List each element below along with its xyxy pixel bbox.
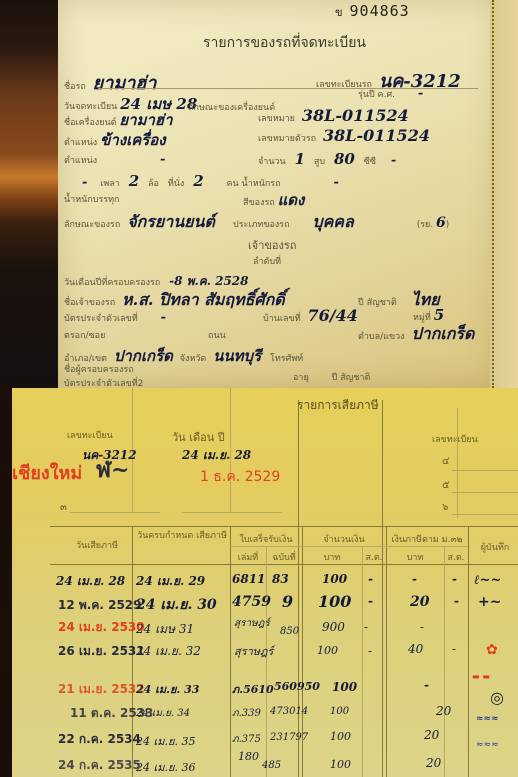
sequence-label: ลำดับที่ — [253, 254, 281, 268]
row-1-baht: 100 — [322, 572, 347, 586]
vehicle-type-value: จักรยานยนต์ — [127, 212, 215, 231]
label: รุ่นปี ค.ศ. — [358, 90, 395, 100]
chassis-number-value: 38L-011524 — [323, 126, 430, 145]
label: จำนวน — [258, 157, 286, 167]
row-7-s-baht: 20 — [424, 728, 439, 742]
divider — [382, 400, 383, 777]
label: ล้อ — [148, 179, 159, 189]
row-6-s-baht: 20 — [436, 704, 451, 718]
seats-value: 2 — [193, 172, 203, 190]
th-surcharge-baht: บาท — [386, 550, 444, 564]
th-receipt-no: ฉบับที่ — [266, 550, 302, 564]
label: ชื่อผู้ครอบครองรถ — [64, 365, 134, 375]
vehicle-details-title: รายการของรถที่จดทะเบียน — [203, 32, 366, 54]
row-7-book: ภ.375 — [232, 732, 261, 747]
color-value: แดง — [278, 191, 305, 209]
serial-prefix: ข — [335, 6, 344, 19]
officer-stamp-blue: ≈≈≈ — [476, 714, 499, 724]
label: สูบ — [314, 157, 325, 167]
serial-number: 904863 — [350, 2, 410, 20]
tax-records-title: รายการเสียภาษี — [297, 396, 379, 415]
reg-line — [452, 470, 518, 471]
label: เพลา — [100, 179, 120, 189]
row-4-baht: 100 — [317, 644, 338, 657]
label: โทรศัพท์ — [270, 354, 303, 364]
field-position-2: ตำแหน่ง - — [64, 152, 165, 167]
th-amount-baht: บาท — [302, 550, 362, 564]
row-8-no: 485 — [262, 760, 281, 771]
model-year-value: - — [418, 86, 423, 101]
owner-name-value: ห.ส. ปิทลา สัมฤทธิ์ศักดิ์ — [122, 290, 285, 309]
label: ประเภทของรถ — [233, 220, 290, 230]
row-3-book: สุราษฎร์ — [234, 616, 270, 631]
row-1-book: 6811 — [232, 572, 265, 586]
engine-number-value: 38L-011524 — [302, 106, 409, 125]
subdistrict-value: ปากเกร็ด — [411, 324, 474, 343]
row-5-no: 560950 — [274, 680, 320, 693]
label: ซีซี — [364, 157, 376, 167]
officer-stamp-red: ✿ — [486, 642, 498, 658]
th-amount-satang: ส.ต. — [362, 550, 386, 564]
officer-stamp-blue-2: ≈≈≈ — [476, 740, 499, 750]
row-4-s-satang: - — [452, 642, 456, 656]
right-reg-header: เลขทะเบียน — [432, 432, 478, 446]
label: บัตรประจำตัวเลขที่ — [64, 314, 138, 324]
label: เลขหมาย — [258, 114, 295, 124]
label: ชื่อรถ — [64, 82, 86, 92]
label: ถนน — [208, 331, 226, 341]
label: ตำบล/แขวง — [358, 332, 405, 342]
row-7-baht: 100 — [330, 730, 351, 743]
right-index-4: ๔ — [442, 454, 450, 469]
right-index-6: ๖ — [442, 500, 448, 515]
label: บ้านเลขที่ — [263, 314, 301, 324]
label: สีของรถ — [243, 198, 275, 208]
reg-row-1-date: 24 เม.ย. 28 — [182, 446, 251, 465]
row-7-tax-date: 22 ก.ค. 2534 — [58, 730, 141, 749]
label: ชื่อเครื่องยนต์ — [64, 118, 117, 128]
reg-line — [70, 512, 160, 513]
field-house-number: บ้านเลขที่ 76/44 — [263, 306, 358, 325]
cylinders-value: 1 — [295, 150, 305, 168]
position-value: ข้างเครื่อง — [100, 131, 166, 149]
row-4-tax-date: 26 เม.ย. 2531 — [58, 642, 145, 661]
th-due-date: วันครบกำหนด เสียภาษี — [134, 530, 230, 542]
row-4-s-baht: 40 — [408, 642, 423, 656]
field-subdistrict: ตำบล/แขวง ปากเกร็ด — [358, 322, 474, 347]
row-2-s-baht: 20 — [410, 594, 429, 610]
row-3-no: 850 — [280, 626, 299, 637]
label: อายุ — [293, 373, 309, 383]
row-1-due-date: 24 เม.ย. 29 — [136, 572, 205, 591]
field-vehicle-category: ประเภทของรถ บุคคล (รย. 6) — [233, 210, 449, 235]
row-2-book: 4759 — [232, 594, 271, 610]
row-3-baht: 900 — [322, 620, 345, 634]
th-surcharge: เงินภาษีตาม ม.๓๒ — [386, 532, 468, 546]
row-1-tax-date: 24 เม.ย. 28 — [56, 572, 125, 591]
adjacent-page-edge — [490, 0, 518, 388]
row-6-due-date: 24 เม.ย. 34 — [136, 706, 190, 721]
reg-row-3-index: ๓ — [60, 500, 67, 515]
row-8-baht: 100 — [330, 758, 351, 771]
row-6-no: 473014 — [270, 706, 308, 717]
row-8-due-date: 24 เม.ย. 36 — [136, 758, 195, 776]
row-2-satang: - — [368, 594, 373, 608]
row-1-s-baht: - — [412, 572, 417, 586]
label: ตรอก/ซอย — [64, 331, 105, 341]
row-5-book: ภ.5610 — [232, 680, 274, 698]
perforation-line — [492, 0, 494, 388]
field-road: ถนน — [208, 328, 226, 342]
label: ลักษณะของรถ — [64, 220, 120, 230]
car-brand-value: ยามาฮ่า — [93, 73, 157, 94]
row-1-s-satang: - — [452, 572, 457, 586]
axles-value: 2 — [129, 172, 139, 190]
table-header-border — [50, 564, 518, 565]
row-4-due-date: 24 เม.ย. 32 — [136, 642, 201, 661]
vehicle-weight-value: - — [333, 175, 338, 190]
field-cylinders: จำนวน 1 สูบ 80 ซีซี - — [258, 150, 396, 168]
row-6-baht: 100 — [330, 706, 349, 717]
field-load-weight: น้ำหนักบรรทุก — [64, 192, 120, 206]
col-divider — [444, 546, 445, 777]
officer-stamp-red-text: ▬ ▬ — [472, 672, 490, 681]
engine-brand-value: ยามาฮ่า — [119, 111, 172, 129]
field-engine-number: เลขหมาย 38L-011524 — [258, 106, 409, 125]
row-1-satang: - — [368, 572, 373, 586]
label: ปี สัญชาติ — [358, 298, 397, 308]
reg-line — [182, 512, 282, 513]
label: น้ำหนักบรรทุก — [64, 195, 120, 205]
horsepower-value: - — [391, 153, 396, 168]
province-value: นนทบุรี — [213, 347, 261, 365]
row-2-due-date: 24 เม.ย. 30 — [136, 594, 217, 616]
row-5-baht: 100 — [332, 680, 357, 694]
vehicle-category-value: บุคคล — [312, 212, 353, 231]
tax-records-page: รายการเสียภาษี เลขทะเบียน วัน เดือน ปี เ… — [12, 388, 518, 777]
position-2-value: - — [160, 152, 165, 167]
house-number-value: 76/44 — [307, 306, 357, 325]
row-8-tax-date: 24 ก.ค. 2535 — [58, 756, 141, 775]
row-4-satang: - — [368, 644, 372, 658]
row-7-no: 231797 — [270, 732, 308, 743]
reg-line — [452, 514, 518, 515]
row-2-no: 9 — [282, 592, 293, 611]
province-stamp: เชียงใหม่ — [12, 458, 82, 487]
field-id-card: บัตรประจำตัวเลขที่ - — [64, 310, 166, 325]
row-6-book: ภ.339 — [232, 706, 261, 721]
label: ตำแหน่ง — [64, 138, 97, 148]
field-color: สีของรถ แดง — [243, 188, 304, 212]
right-index-5: ๕ — [442, 478, 450, 493]
row-5-tax-date: 21 เม.ย. 2532 — [58, 680, 145, 699]
reg-line — [452, 492, 518, 493]
th-tax-date: วันเสียภาษี — [62, 538, 132, 552]
divider — [298, 400, 299, 777]
field-chassis-number: เลขหมายตัวรถ 38L-011524 — [258, 126, 430, 145]
field-possessor-name: ชื่อผู้ครอบครองรถ — [64, 362, 134, 376]
row-3-satang: - — [364, 620, 368, 634]
label: เลขหมายตัวรถ — [258, 134, 316, 144]
th-surcharge-satang: ส.ต. — [444, 550, 468, 564]
th-officer: ผู้บันทึก — [472, 540, 518, 554]
document-serial: ข904863 — [335, 2, 410, 21]
field-age: อายุ ปี สัญชาติ — [293, 370, 370, 384]
field-vehicle-type: ลักษณะของรถ จักรยานยนต์ — [64, 210, 215, 235]
row-3-tax-date: 24 เม.ย. 2530 — [58, 618, 145, 637]
row-4-book: สุราษฎร์ — [234, 642, 273, 660]
col-divider — [266, 546, 267, 777]
th-receipt-book: เล่มที่ — [230, 550, 266, 564]
signature-mark: ฬ~ — [96, 452, 129, 487]
row-1-no: 83 — [272, 572, 289, 586]
label: จังหวัด — [180, 354, 207, 364]
col-divider — [362, 546, 363, 777]
possession-date-value: -8 พ.ค. 2528 — [169, 274, 248, 288]
row-5-due-date: 24 เม.ย. 33 — [136, 680, 199, 698]
wooden-desk-background — [0, 0, 60, 385]
row-2-tax-date: 12 พ.ค. 2529 — [58, 596, 142, 615]
label: วันเดือนปีที่ครอบครองรถ — [64, 278, 160, 288]
date-header: วัน เดือน ปี — [172, 428, 225, 446]
officer-stamp-circle: ◎ — [490, 688, 504, 707]
field-model-year: รุ่นปี ค.ศ. - — [358, 86, 423, 101]
id-card-value: - — [161, 310, 166, 325]
divider — [457, 408, 458, 518]
row-8-s-baht: 20 — [426, 756, 441, 770]
field-position: ตำแหน่ง ข้างเครื่อง — [64, 128, 166, 152]
officer-signature-2: +~ — [478, 594, 501, 610]
label: ชื่อเจ้าของรถ — [64, 298, 115, 308]
reg-header: เลขทะเบียน — [67, 428, 113, 442]
label: รย. — [420, 220, 433, 230]
row-2-baht: 100 — [318, 592, 351, 611]
row-2-s-satang: - — [454, 594, 459, 608]
th-amount: จำนวนเงิน — [302, 532, 386, 546]
th-receipt: ใบเสร็จรับเงิน — [230, 532, 302, 546]
subheader-border — [230, 546, 468, 547]
row-8-book: 180 — [238, 750, 259, 763]
officer-signature-1: ℓ~~ — [474, 572, 501, 588]
stamp-date: 1 ธ.ค. 2529 — [200, 466, 280, 488]
label: ที่นั่ง — [168, 179, 184, 189]
vehicle-details-page: ข904863 รายการของรถที่จดทะเบียน ชื่อรถ ย… — [58, 0, 498, 388]
axle-prefix-value: - — [82, 175, 87, 190]
row-3-s-baht: - — [420, 620, 424, 634]
field-soi: ตรอก/ซอย — [64, 328, 105, 342]
row-5-s-baht: - — [424, 678, 429, 692]
table-top-border — [50, 526, 518, 527]
cc-value: 80 — [334, 150, 355, 168]
owner-section-title: เจ้าของรถ — [248, 236, 296, 254]
row-3-due-date: 24 เมษ 31 — [136, 620, 194, 639]
row-7-due-date: 24 เม.ย. 35 — [136, 732, 195, 750]
ry-value: 6 — [436, 215, 446, 231]
col-divider — [468, 526, 469, 777]
